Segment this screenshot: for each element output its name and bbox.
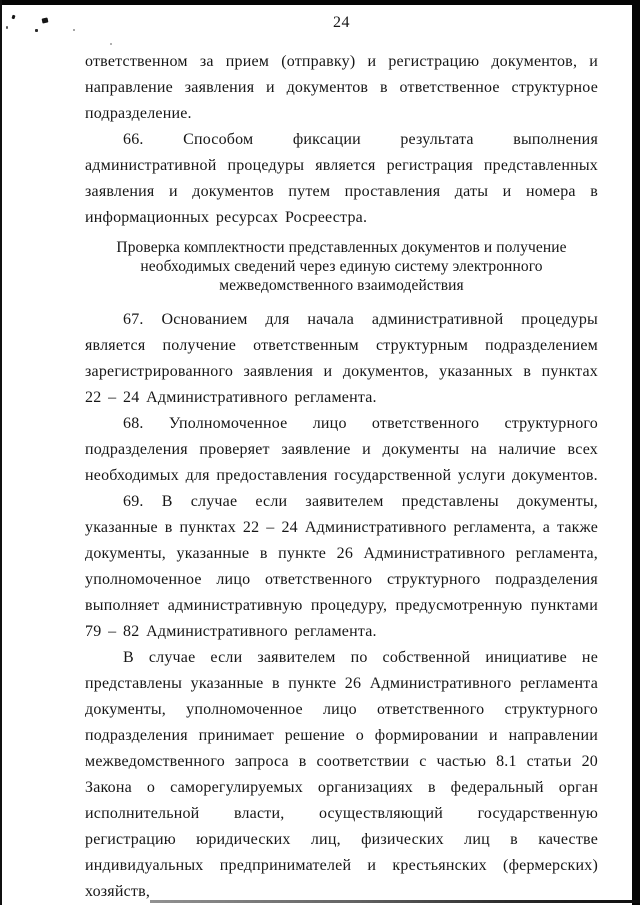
page-number: 24 bbox=[85, 14, 598, 32]
scan-edge-left bbox=[0, 0, 2, 905]
document-content: ответственном за прием (отправку) и реги… bbox=[85, 49, 598, 905]
paragraph-69: 69. В случае если заявителем представлен… bbox=[85, 489, 598, 645]
scan-speck bbox=[42, 17, 49, 23]
scan-speck bbox=[110, 43, 112, 45]
scan-edge-right bbox=[632, 0, 640, 905]
scan-edge-top bbox=[0, 0, 640, 5]
scan-speck bbox=[73, 29, 75, 31]
paragraph-68: 68. Уполномоченное лицо ответственного с… bbox=[85, 411, 598, 489]
section-heading: Проверка комплектности представленных до… bbox=[114, 238, 570, 295]
paragraph-66: 66. Способом фиксации результата выполне… bbox=[85, 127, 598, 231]
paragraph-67: 67. Основанием для начала административн… bbox=[85, 307, 598, 411]
scan-speck bbox=[11, 15, 15, 20]
paragraph-continuation: ответственном за прием (отправку) и реги… bbox=[85, 49, 598, 127]
scan-speck bbox=[6, 26, 8, 29]
paragraph-69-continuation: В случае если заявителем по собственной … bbox=[85, 645, 598, 905]
scanned-document-page: 24 ответственном за прием (отправку) и р… bbox=[0, 0, 640, 905]
scan-speck bbox=[35, 29, 38, 32]
